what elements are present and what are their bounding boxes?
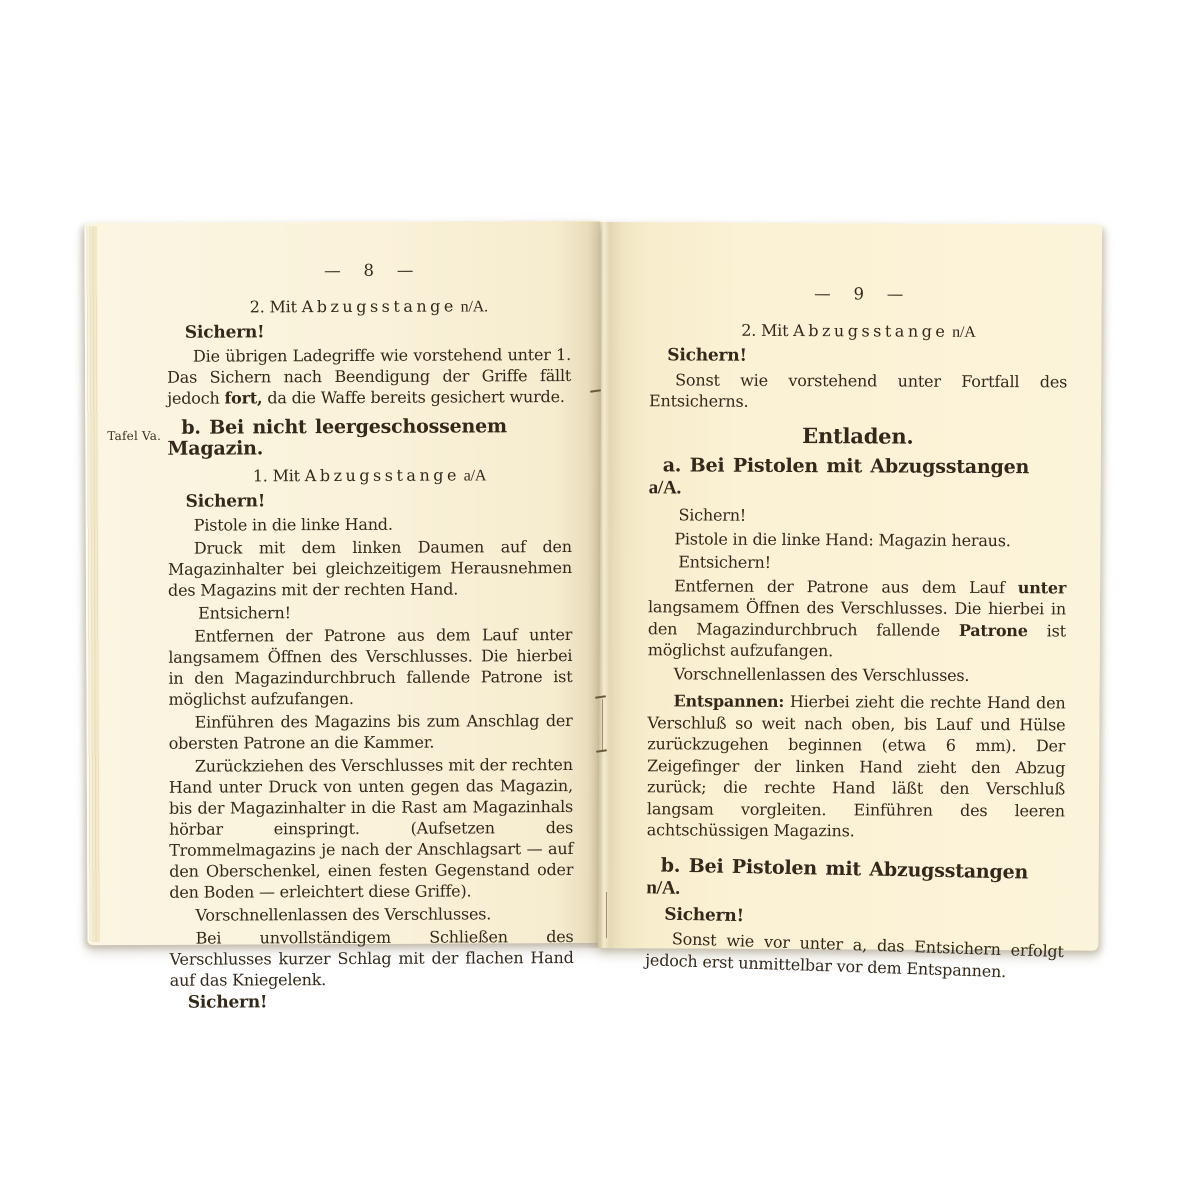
para-ladegriffe: Die übrigen Ladegriffe wie vorstehend un… <box>167 344 571 409</box>
command-entsichern: Entsichern! <box>648 551 1066 575</box>
page-stack-edge <box>84 226 100 942</box>
page-8: Tafel Va. — 8 — 2. Mit Abzugsstange n/A.… <box>84 221 603 945</box>
open-booklet: Tafel Va. — 8 — 2. Mit Abzugsstange n/A.… <box>86 222 1102 952</box>
page-9: — 9 — 2. Mit Abzugsstange n/A Sichern! S… <box>598 222 1102 951</box>
command-sichern: Sichern! <box>167 321 571 344</box>
command-entsichern: Entsichern! <box>168 601 572 624</box>
command-sichern: Sichern! <box>649 345 1067 369</box>
para-sonst-unter-a: Sonst wie vor unter a, das Entsichern er… <box>645 927 1064 984</box>
para-zurueckziehen: Zurückziehen des Verschlusses mit der re… <box>169 754 574 903</box>
para-pistole: Pistole in die linke Hand: Magazin herau… <box>648 528 1066 552</box>
para-entfernen: Entfernen der Patrone aus dem Lauf unter… <box>648 575 1066 663</box>
para-druck: Druck mit dem linken Daumen auf den Maga… <box>168 536 572 601</box>
para-pistole: Pistole in die linke Hand. <box>168 513 572 536</box>
margin-note-tafel: Tafel Va. <box>107 430 163 443</box>
section-heading-b-pistolen: b. Bei Pistolen mit Abzugsstangen n/A. <box>646 855 1065 906</box>
command-sichern: Sichern! <box>170 991 574 1014</box>
subheading-1-mit-abzugsstange: 1. Mit Abzugsstange a/A <box>167 464 571 488</box>
para-einfuehren: Einführen des Magazins bis zum Anschlag … <box>169 710 573 754</box>
section-heading-a-pistolen: a. Bei Pistolen mit Abzugsstangen a/A. <box>649 455 1067 500</box>
command-sichern: Sichern! <box>648 504 1066 528</box>
command-sichern: Sichern! <box>168 490 572 513</box>
subheading-2-mit-abzugsstange: 2. Mit Abzugsstange n/A. <box>167 295 571 319</box>
para-unvollstaendig: Bei unvollständigem Schließen des Versch… <box>170 926 574 991</box>
page-number: — 9 — <box>650 282 1068 306</box>
page-8-text-column: — 8 — 2. Mit Abzugsstange n/A. Sichern! … <box>167 259 574 1016</box>
para-sonst-vorstehend: Sonst wie vorstehend unter Fortfall des … <box>649 369 1067 414</box>
para-vorschnellenlassen: Vorschnellenlassen des Verschlusses. <box>169 903 573 926</box>
fold-crease-line <box>606 892 607 938</box>
subheading-2-mit-abzugsstange: 2. Mit Abzugsstange n/A <box>649 319 1067 344</box>
photo-background: Tafel Va. — 8 — 2. Mit Abzugsstange n/A.… <box>0 0 1200 1200</box>
binding-thread <box>602 699 603 751</box>
para-vorschnellenlassen: Vorschnellenlassen des Verschlusses. <box>648 663 1066 687</box>
para-entspannen: Entspannen: Hierbei zieht die rechte Han… <box>647 690 1066 843</box>
page-9-text-column: — 9 — 2. Mit Abzugsstange n/A Sichern! S… <box>646 282 1068 974</box>
page-number: — 8 — <box>167 259 571 282</box>
chapter-heading-entladen: Entladen. <box>649 424 1067 448</box>
section-heading-b-magazin: b. Bei nicht leergeschossenem Magazin. <box>167 416 571 460</box>
para-entfernen: Entfernen der Patrone aus dem Lauf unter… <box>168 624 572 710</box>
